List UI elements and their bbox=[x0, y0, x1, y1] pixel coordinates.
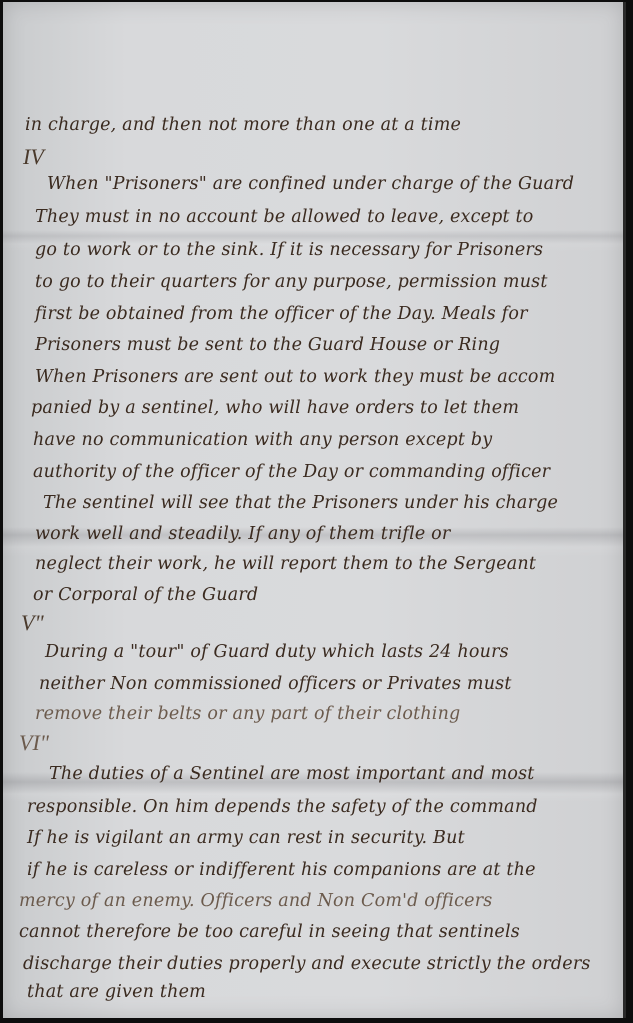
section-numeral-v: V" bbox=[21, 610, 44, 636]
text-line: if he is careless or indifferent his com… bbox=[27, 860, 536, 880]
manuscript-page: in charge, and then not more than one at… bbox=[3, 2, 626, 1018]
text-line: have no communication with any person ex… bbox=[33, 430, 492, 450]
text-line: During a "tour" of Guard duty which last… bbox=[45, 642, 509, 662]
text-line: The sentinel will see that the Prisoners… bbox=[43, 493, 558, 513]
text-line: first be obtained from the officer of th… bbox=[35, 304, 528, 324]
text-line: panied by a sentinel, who will have orde… bbox=[31, 398, 519, 418]
text-line: responsible. On him depends the safety o… bbox=[27, 797, 538, 817]
text-line: in charge, and then not more than one at… bbox=[25, 115, 461, 135]
text-line: cannot therefore be too careful in seein… bbox=[19, 922, 520, 942]
text-line: go to work or to the sink. If it is nece… bbox=[35, 240, 543, 260]
text-line: If he is vigilant an army can rest in se… bbox=[27, 828, 465, 848]
text-line: discharge their duties properly and exec… bbox=[23, 954, 591, 974]
text-line: work well and steadily. If any of them t… bbox=[35, 524, 450, 544]
text-line: neither Non commissioned officers or Pri… bbox=[39, 674, 512, 694]
text-line: to go to their quarters for any purpose,… bbox=[35, 272, 548, 292]
text-line: that are given them bbox=[27, 982, 206, 1002]
text-line: neglect their work, he will report them … bbox=[35, 554, 536, 574]
text-line: They must in no account be allowed to le… bbox=[35, 207, 534, 227]
text-line: When "Prisoners" are confined under char… bbox=[47, 174, 574, 194]
text-line: or Corporal of the Guard bbox=[33, 585, 258, 605]
text-line: authority of the officer of the Day or c… bbox=[33, 462, 550, 482]
section-numeral-iv: IV bbox=[23, 144, 44, 170]
text-line: mercy of an enemy. Officers and Non Com'… bbox=[19, 891, 492, 911]
text-line: remove their belts or any part of their … bbox=[35, 704, 460, 724]
text-line: When Prisoners are sent out to work they… bbox=[35, 367, 555, 387]
section-numeral-vi: VI" bbox=[19, 730, 49, 756]
text-line: Prisoners must be sent to the Guard Hous… bbox=[35, 335, 500, 355]
text-line: The duties of a Sentinel are most import… bbox=[49, 764, 535, 784]
